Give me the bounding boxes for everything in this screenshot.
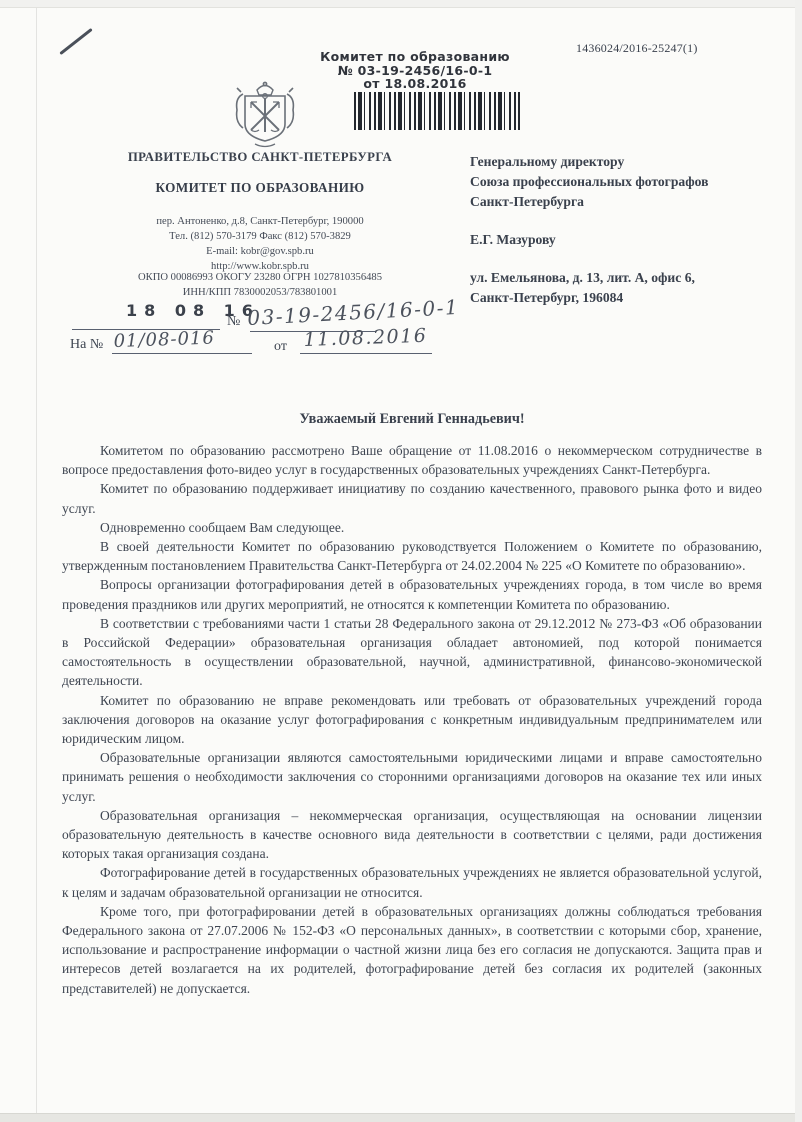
reference-line bbox=[112, 353, 252, 354]
letterhead-phone-fax: Тел. (812) 570-3179 Факс (812) 570-3829 bbox=[90, 229, 430, 244]
scanned-letter-page: { "page": { "top_right_ref": "1436024/20… bbox=[0, 0, 802, 1122]
body-paragraph: Фотографирование детей в государственных… bbox=[62, 863, 762, 901]
outgoing-number-handwritten: 03-19-2456/16-0-1 bbox=[247, 295, 460, 330]
body-paragraph: Образовательные организации являются сам… bbox=[62, 748, 762, 806]
spacer bbox=[470, 212, 790, 230]
body-paragraph: В соответствии с требованиями части 1 ст… bbox=[62, 614, 762, 691]
scan-fold-line bbox=[36, 8, 37, 1113]
letterhead-codes: ОКПО 00086993 ОКОГУ 23280 ОГРН 102781035… bbox=[78, 271, 442, 300]
stamp-line-committee: Комитет по образованию bbox=[305, 50, 525, 64]
registration-stamp: Комитет по образованию № 03-19-2456/16-0… bbox=[305, 50, 525, 91]
scan-edge-bottom bbox=[0, 1113, 802, 1122]
body-paragraph: Образовательная организация – некоммерче… bbox=[62, 806, 762, 864]
addressee-postcode: Санкт-Петербург, 196084 bbox=[470, 288, 790, 308]
addressee-block: Генеральному директору Союза профессиона… bbox=[470, 152, 790, 308]
pen-check-mark bbox=[59, 28, 92, 55]
stamp-line-number: № 03-19-2456/16-0-1 bbox=[305, 64, 525, 78]
body-paragraph: Вопросы организации фотографирования дет… bbox=[62, 575, 762, 613]
reference-line bbox=[300, 353, 432, 354]
saint-petersburg-coat-of-arms-icon bbox=[213, 80, 317, 152]
letterhead-email: E-mail: kobr@gov.spb.ru bbox=[90, 244, 430, 259]
barcode bbox=[354, 92, 520, 130]
stamp-line-date: от 18.08.2016 bbox=[305, 77, 525, 91]
incoming-number-label: На № bbox=[70, 337, 103, 353]
body-paragraph: Кроме того, при фотографировании детей в… bbox=[62, 902, 762, 998]
scan-edge-top bbox=[0, 0, 802, 8]
outgoing-number-label: № bbox=[227, 314, 240, 330]
incoming-date-label: от bbox=[274, 339, 287, 355]
addressee-name: Е.Г. Мазурову bbox=[470, 230, 790, 250]
government-title: ПРАВИТЕЛЬСТВО САНКТ-ПЕТЕРБУРГА bbox=[90, 150, 430, 165]
committee-title: КОМИТЕТ ПО ОБРАЗОВАНИЮ bbox=[90, 180, 430, 196]
incoming-date-handwritten: 11.08.2016 bbox=[303, 325, 427, 351]
salutation: Уважаемый Евгений Геннадьевич! bbox=[62, 411, 762, 428]
letter-body: Комитетом по образованию рассмотрено Ваш… bbox=[62, 441, 762, 998]
body-paragraph: В своей деятельности Комитет по образова… bbox=[62, 537, 762, 575]
body-paragraph: Комитет по образованию не вправе рекомен… bbox=[62, 691, 762, 749]
body-paragraph: Одновременно сообщаем Вам следующее. bbox=[62, 518, 762, 537]
letterhead-address: пер. Антоненко, д.8, Санкт-Петербург, 19… bbox=[90, 214, 430, 229]
spacer bbox=[470, 250, 790, 268]
addressee-organization: Союза профессиональных фотографов bbox=[470, 172, 790, 192]
letterhead-contacts: пер. Антоненко, д.8, Санкт-Петербург, 19… bbox=[90, 214, 430, 274]
addressee-city: Санкт-Петербурга bbox=[470, 192, 790, 212]
codes-okpo-okogu-ogrn: ОКПО 00086993 ОКОГУ 23280 ОГРН 102781035… bbox=[78, 271, 442, 286]
scan-edge-right bbox=[795, 0, 802, 1122]
addressee-street: ул. Емельянова, д. 13, лит. А, офис 6, bbox=[470, 268, 790, 288]
incoming-number-handwritten: 01/08-016 bbox=[113, 327, 215, 352]
body-paragraph: Комитетом по образованию рассмотрено Ваш… bbox=[62, 441, 762, 479]
document-reference-number: 1436024/2016-25247(1) bbox=[576, 41, 776, 56]
addressee-position: Генеральному директору bbox=[470, 152, 790, 172]
body-paragraph: Комитет по образованию поддерживает иниц… bbox=[62, 479, 762, 517]
